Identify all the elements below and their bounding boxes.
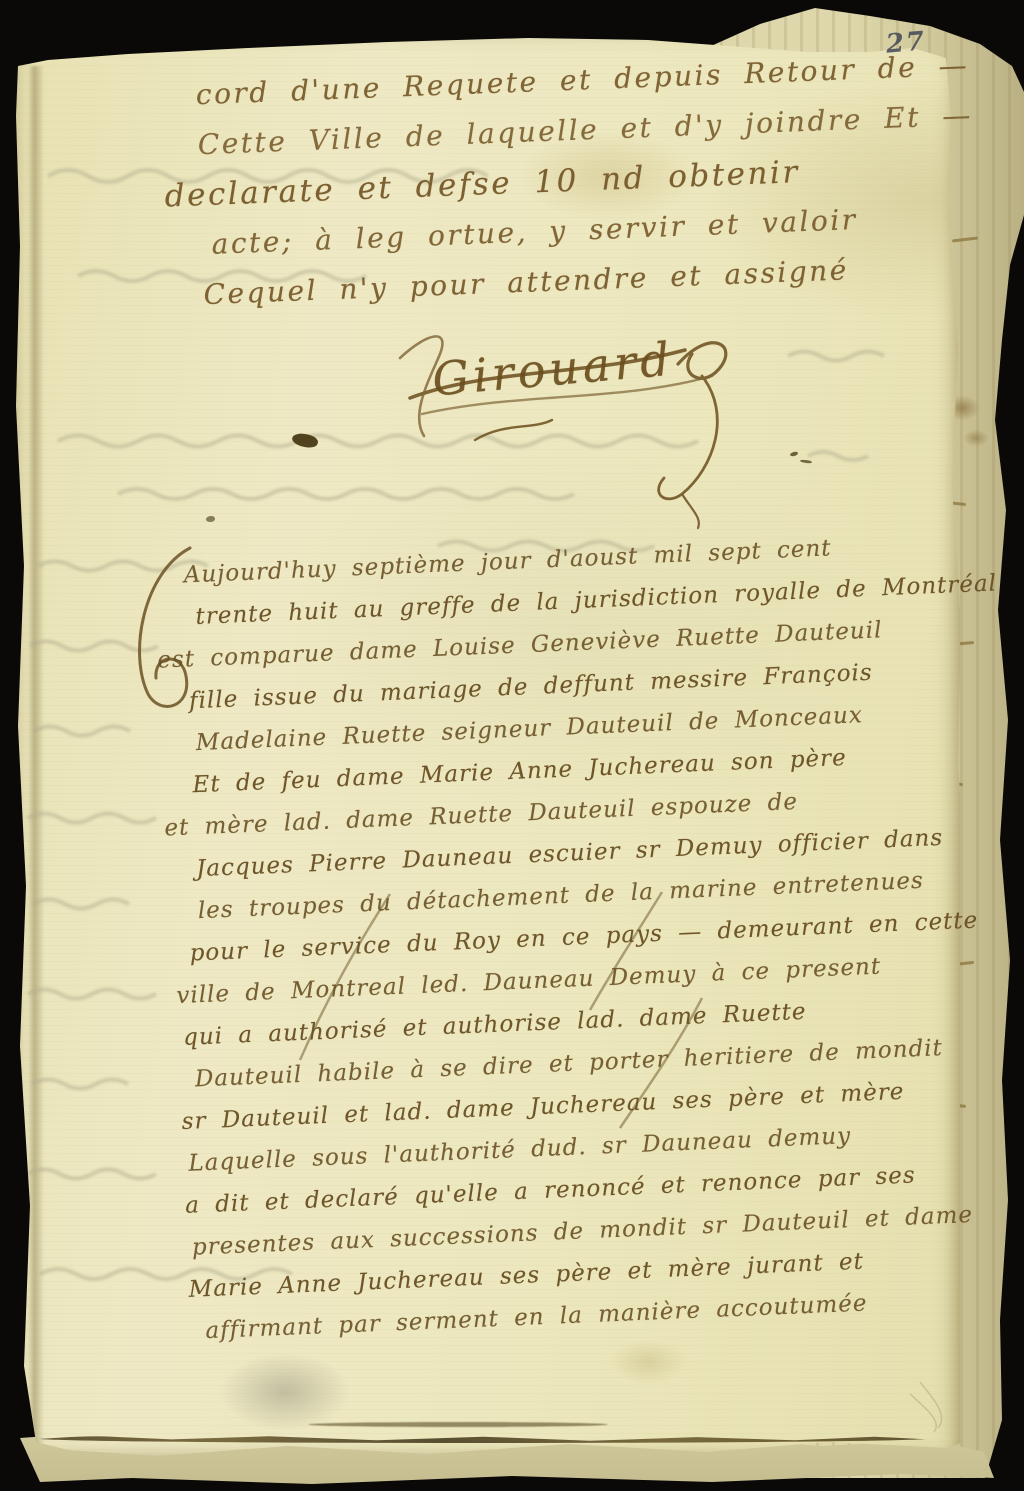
header-note-block: cord d'une Requete et depuis Retour de —… xyxy=(150,41,959,322)
ink-speck xyxy=(206,516,215,522)
manuscript-scan: 27 cord d'une Requete et depuis Retour d… xyxy=(0,0,1024,1491)
signature-name: Girouard xyxy=(430,332,675,407)
left-fold-crease xyxy=(28,66,44,1456)
notary-signature-block: Girouard xyxy=(380,318,760,533)
bottom-fold-crease-secondary xyxy=(308,1422,608,1427)
bottom-fold-crease xyxy=(38,1434,928,1443)
ink-speck xyxy=(790,451,799,457)
act-body-block: Aujourd'huy septième jour d'aoust mil se… xyxy=(146,521,1003,1353)
ink-blot xyxy=(291,431,319,450)
ink-speck xyxy=(800,459,812,464)
